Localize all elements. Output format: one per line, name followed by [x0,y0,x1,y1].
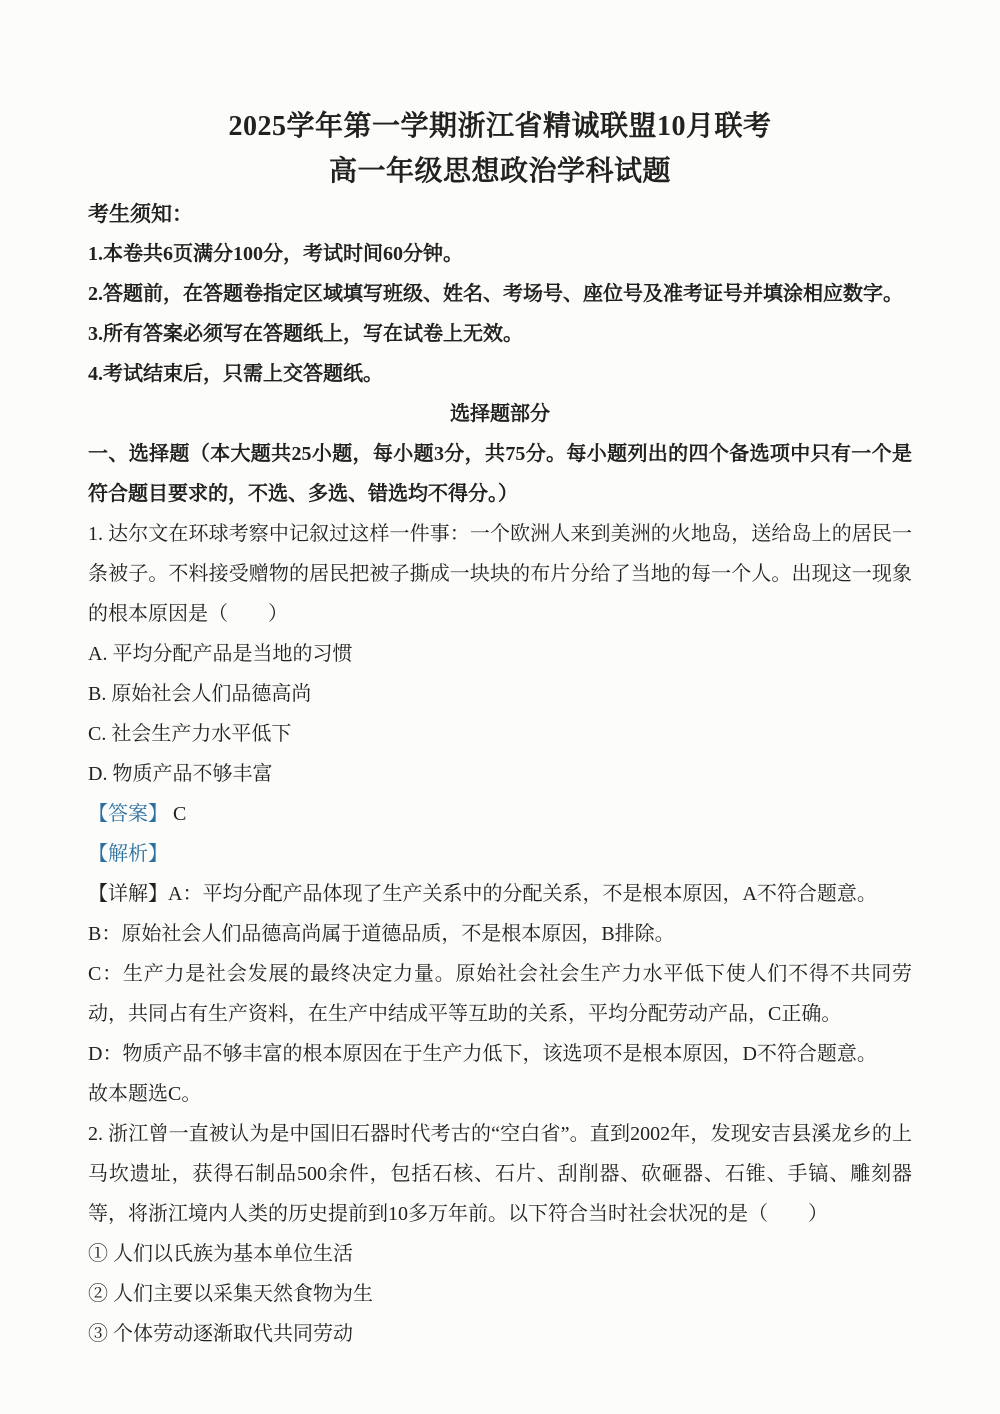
question1-option-a: A. 平均分配产品是当地的习惯 [88,634,912,674]
notice-item-1: 1.本卷共6页满分100分，考试时间60分钟。 [88,234,912,274]
question1-option-d: D. 物质产品不够丰富 [88,754,912,794]
question1-analysis-row: 【解析】 [88,834,912,874]
notice-item-4: 4.考试结束后，只需上交答题纸。 [88,354,912,394]
page-title: 2025学年第一学期浙江省精诚联盟10月联考 [88,104,912,149]
exam-document-page: 2025学年第一学期浙江省精诚联盟10月联考 高一年级思想政治学科试题 考生须知… [0,0,1000,1414]
question2-statement-2: ② 人们主要以采集天然食物为生 [88,1274,912,1314]
notice-heading: 考生须知： [88,194,912,234]
answer-value: C [168,803,186,825]
question2-statement-1: ① 人们以氏族为基本单位生活 [88,1234,912,1274]
question1-explanation-b: B：原始社会人们品德高尚属于道德品质，不是根本原因，B排除。 [88,914,912,954]
notice-item-2: 2.答题前，在答题卷指定区域填写班级、姓名、考场号、座位号及准考证号并填涂相应数… [88,274,912,314]
question2-stem: 2. 浙江曾一直被认为是中国旧石器时代考古的“空白省”。直到2002年，发现安吉… [88,1114,912,1234]
question1-answer-row: 【答案】C [88,794,912,834]
section-part-heading: 选择题部分 [88,394,912,434]
question1-option-b: B. 原始社会人们品德高尚 [88,674,912,714]
question1-explanation-a: 【详解】A：平均分配产品体现了生产关系中的分配关系，不是根本原因，A不符合题意。 [88,874,912,914]
section-instructions: 一、选择题（本大题共25小题，每小题3分，共75分。每小题列出的四个备选项中只有… [88,434,912,514]
page-subtitle: 高一年级思想政治学科试题 [88,149,912,194]
answer-label: 【答案】 [88,803,168,825]
question1-stem: 1. 达尔文在环球考察中记叙过这样一件事：一个欧洲人来到美洲的火地岛，送给岛上的… [88,514,912,634]
question1-conclusion: 故本题选C。 [88,1074,912,1114]
analysis-label: 【解析】 [88,843,168,865]
notice-item-3: 3.所有答案必须写在答题纸上，写在试卷上无效。 [88,314,912,354]
question2-statement-3: ③ 个体劳动逐渐取代共同劳动 [88,1314,912,1354]
question1-explanation-c: C：生产力是社会发展的最终决定力量。原始社会社会生产力水平低下使人们不得不共同劳… [88,954,912,1034]
question1-option-c: C. 社会生产力水平低下 [88,714,912,754]
question1-explanation-d: D：物质产品不够丰富的根本原因在于生产力低下，该选项不是根本原因，D不符合题意。 [88,1034,912,1074]
